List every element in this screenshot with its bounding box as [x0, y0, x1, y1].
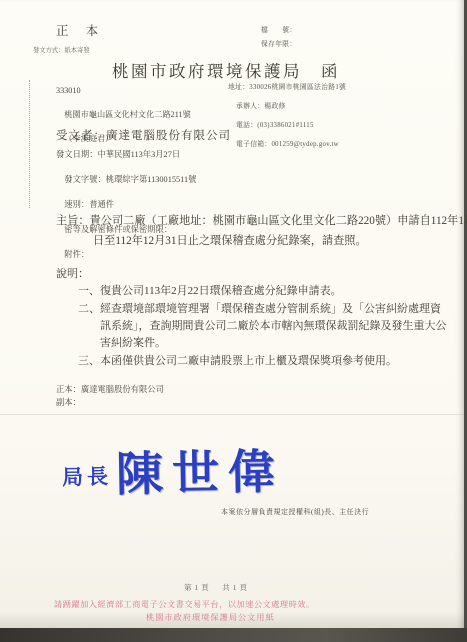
retention-period-label: 保存年限：	[261, 40, 296, 50]
recipient-street: 桃園市龜山區文化村文化二路211號	[64, 110, 191, 119]
original-recipient-line: 正本：廣達電腦股份有限公司	[56, 384, 164, 397]
paper-fold-line	[0, 414, 464, 415]
agency-contact-block: 地址：330026桃園市桃園區法治路1號 承辦人：楊政修 電話：(03)3386…	[228, 83, 346, 159]
agency-phone: 電話：(03)3386021#1115	[236, 122, 314, 129]
issue-date: 發文日期：中華民國113年3月27日	[56, 150, 180, 159]
binding-dotted-line	[29, 80, 30, 208]
explanation-item-2: 二、經查環境部環境管理署「環保稽查處分管制系統」及「公害糾紛處理資訊系統」，查詢…	[78, 301, 450, 352]
subject-paragraph: 主旨：貴公司二廠（工廠地址：桃園市龜山區文化里文化二路220號）申請自112年1…	[56, 211, 467, 251]
footer-paper-label: 桃園市政府環境保護局公文用紙	[146, 612, 275, 623]
signature-name-stamp: 陳世偉	[115, 435, 284, 505]
document-title: 桃園市政府環境保護局 函	[112, 58, 340, 82]
document-number: 發文字號：桃環綜字第1130015511號	[64, 175, 196, 184]
carbon-copy-line: 副本：	[56, 397, 81, 410]
scanner-background-strip	[0, 628, 467, 642]
speed-class: 速別：普通件	[64, 200, 114, 209]
file-number-label: 檔 號：	[261, 26, 296, 36]
explanation-item-3: 三、本函僅供貴公司二廠申請股票上市上櫃及環保獎項參考使用。	[78, 353, 450, 370]
copy-type-label: 正 本	[56, 21, 105, 39]
explanation-list: 一、復貴公司113年2月22日環保稽查處分紀錄申請表。 二、經查環境部環境管理署…	[78, 283, 450, 371]
explanation-item-1: 一、復貴公司113年2月22日環保稽查處分紀錄申請表。	[78, 283, 450, 300]
agency-email: 電子信箱：001259@tydep.gov.tw	[236, 141, 339, 148]
page-indicator: 第1頁 共1頁	[184, 582, 250, 593]
agency-contact-person: 承辦人：楊政修	[236, 103, 286, 110]
footer-exchange-notice: 請踴躍加入經濟部工商電子公文書交易平台，以加速公文處理時效。	[54, 599, 315, 610]
authorization-note: 本案依分層負責規定授權科(組)長、主任決行	[221, 507, 369, 517]
recipient-address-block: 333010 桃園市龜山區文化村文化二路211號 （李溪庭君）	[56, 85, 191, 157]
scanned-letter-page: 正 本 發文方式：紙本寄發 檔 號： 保存年限： 桃園市政府環境保護局 函 33…	[0, 0, 464, 631]
agency-address: 地址：330026桃園市桃園區法治路1號	[228, 84, 346, 91]
recipient-zip: 333010	[56, 86, 81, 95]
delivery-method-label: 發文方式：紙本寄發	[33, 45, 90, 54]
explanation-label: 說明：	[56, 266, 89, 283]
signature-title: 局長	[62, 460, 113, 491]
recipient-line: 受文者：廣達電腦股份有限公司	[56, 127, 231, 143]
attachment-label: 附件：	[64, 250, 89, 259]
